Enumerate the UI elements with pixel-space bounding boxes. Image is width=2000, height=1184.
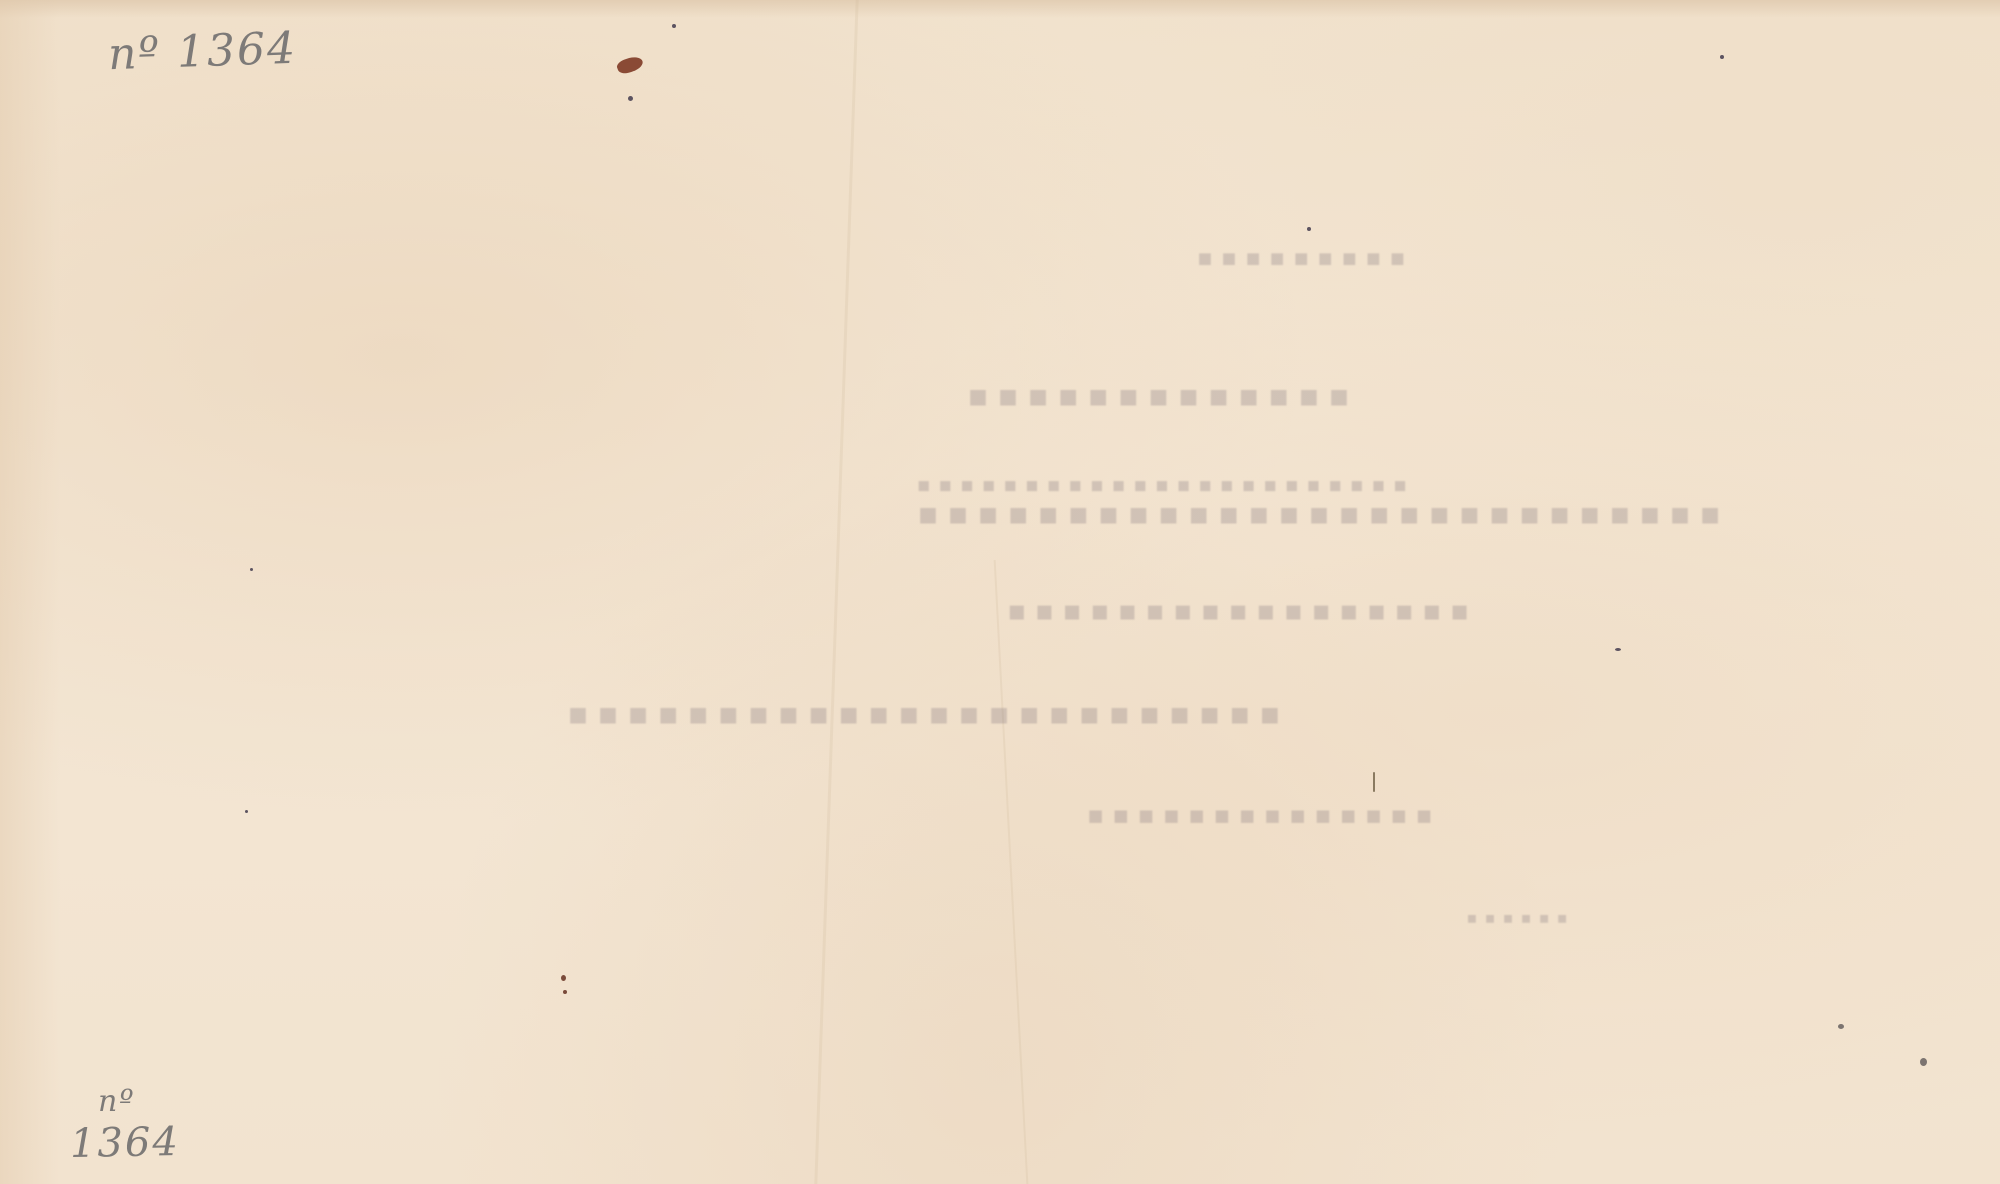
ink-speck xyxy=(245,810,248,813)
paper-hole xyxy=(1920,1058,1927,1066)
ink-speck xyxy=(672,24,676,28)
handwritten-catalog-number-bottom: 1364 xyxy=(70,1119,181,1167)
bleed-through-line: ▪▪▪▪▪▪▪▪▪ xyxy=(1190,240,1407,275)
bleed-through-line: ▪▪▪▪▪▪▪▪▪▪▪▪▪▪▪▪▪ xyxy=(1000,590,1470,631)
handwritten-number-prefix-bottom: nº xyxy=(98,1084,135,1119)
paper-crease xyxy=(814,0,858,1184)
paper-crease xyxy=(994,560,1029,1184)
ink-speck xyxy=(1615,648,1621,651)
paper-edge-top xyxy=(0,0,2000,18)
ink-speck xyxy=(628,96,633,101)
ink-speck xyxy=(1720,55,1724,59)
rust-stain xyxy=(615,54,644,76)
rust-speck xyxy=(563,990,567,994)
paper-hole xyxy=(1838,1024,1844,1029)
bleed-through-line: ▪▪▪▪▪▪▪▪▪▪▪▪▪ xyxy=(960,372,1351,418)
bleed-through-line: ▪▪▪▪▪▪▪▪▪▪▪▪▪▪▪▪▪▪▪▪▪▪▪▪▪▪▪ xyxy=(910,490,1722,536)
ink-speck xyxy=(1307,227,1311,231)
paper-document-verso: nº 1364 nº 1364 ▪▪▪▪▪▪▪▪▪ ▪▪▪▪▪▪▪▪▪▪▪▪▪ … xyxy=(0,0,2000,1184)
fiber-mark xyxy=(1373,772,1375,792)
handwritten-catalog-number-top: nº 1364 xyxy=(107,23,298,81)
bleed-through-line: ▪▪▪▪▪▪▪▪▪▪▪▪▪▪ xyxy=(1080,795,1434,833)
bleed-through-line: ▪▪▪▪▪▪ xyxy=(1460,905,1568,929)
paper-edge-left xyxy=(0,0,60,1184)
bleed-through-line: ▪▪▪▪▪▪▪▪▪▪▪▪▪▪▪▪▪▪▪▪▪▪▪▪ xyxy=(560,690,1282,736)
ink-speck xyxy=(250,568,253,571)
rust-speck xyxy=(561,975,566,981)
